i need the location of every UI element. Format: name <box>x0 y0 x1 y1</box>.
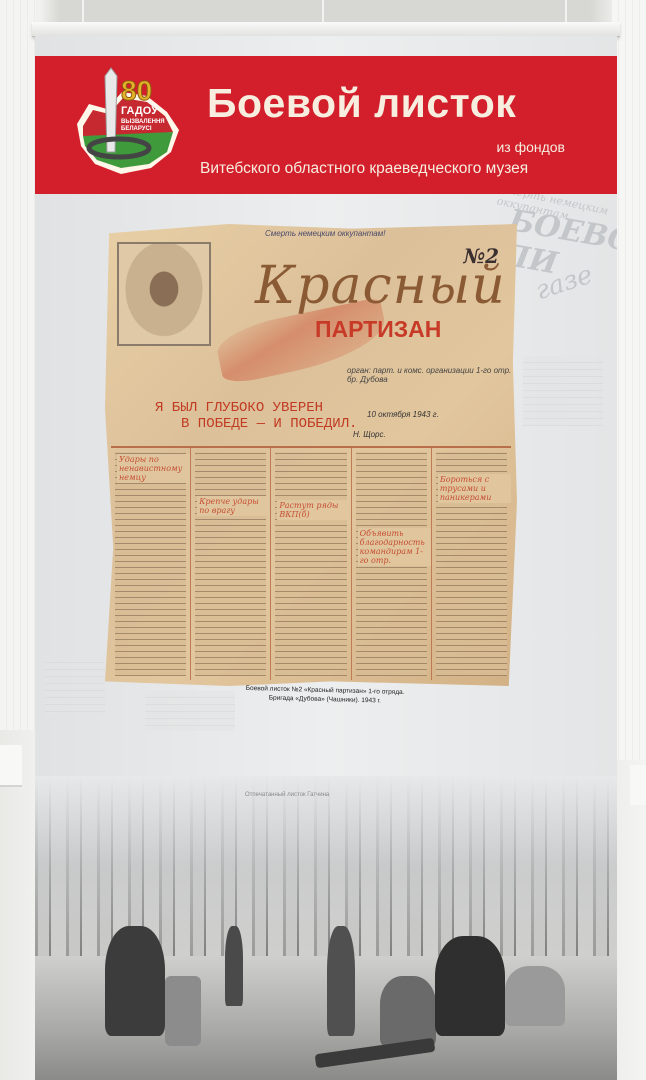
photo-faint-caption: Отпечатанный листок Гатчина <box>245 792 329 798</box>
exhibition-banner: Смерть немецким оккупантам БОЕВОЙ ЛИ газ… <box>35 36 617 1080</box>
leaflet-caption: Боевой листок №2 «Красный партизан» 1-го… <box>205 683 445 707</box>
column-heading: Бороться с трусами и паникерами <box>438 474 511 503</box>
window-sill-left <box>0 745 22 787</box>
leaflet-columns: Удары по ненавистному немцу Крепче удары… <box>111 446 511 680</box>
banner-header: 80 ГАДОЎ ВЫЗВАЛЕННЯ БЕЛАРУСІ Боевой лист… <box>35 56 617 194</box>
window-blind-left <box>0 0 36 730</box>
portrait-drawing <box>117 242 211 346</box>
column-heading: Крепче удары по врагу <box>197 496 270 516</box>
banner-stand-rail <box>32 22 620 37</box>
ghost-text-lines <box>45 656 105 716</box>
leaflet-quote: Я БЫЛ ГЛУБОКО УВЕРЕН В ПОБЕДЕ — И ПОБЕДИ… <box>155 400 357 432</box>
photo-barrel <box>165 976 201 1046</box>
leaflet-date: 10 октября 1943 г. <box>367 410 439 419</box>
column-heading: Объявить благодарность командирам 1-го о… <box>358 528 431 566</box>
archival-forest-photo: Отпечатанный листок Гатчина <box>35 776 617 1080</box>
photo-figure <box>505 966 565 1026</box>
leaflet-column: Объявить благодарность командирам 1-го о… <box>352 448 432 680</box>
anniversary-logo-icon: 80 ГАДОЎ ВЫЗВАЛЕННЯ БЕЛАРУСІ <box>67 64 185 182</box>
quote-line1: Я БЫЛ ГЛУБОКО УВЕРЕН <box>155 400 357 416</box>
blind-cord <box>82 0 84 24</box>
leaflet-column: Растут ряды ВКП(б) <box>271 448 351 680</box>
leaflet-column: Удары по ненавистному немцу <box>111 448 191 680</box>
battle-leaflet-document: Смерть немецким оккупантам! №2 Красный П… <box>105 224 517 686</box>
leaflet-organ: орган: парт. и комс. организации 1-го от… <box>347 366 517 384</box>
leaflet-title-word2: ПАРТИЗАН <box>315 316 441 343</box>
banner-subtitle-line2: Витебского областного краеведческого муз… <box>200 160 528 178</box>
svg-text:ВЫЗВАЛЕННЯ: ВЫЗВАЛЕННЯ <box>121 119 165 125</box>
ghost-text-lines <box>523 356 603 426</box>
leaflet-column: Бороться с трусами и паникерами <box>432 448 511 680</box>
banner-subtitle-line1: из фондов <box>496 139 565 155</box>
svg-text:БЕЛАРУСІ: БЕЛАРУСІ <box>121 126 152 132</box>
quote-author: Н. Щорс. <box>353 430 386 439</box>
photo-figure <box>327 926 355 1036</box>
leaflet-motto: Смерть немецким оккупантам! <box>265 229 385 238</box>
column-heading: Растут ряды ВКП(б) <box>277 500 350 520</box>
window-sill-right <box>630 765 646 805</box>
blind-cord <box>565 0 567 24</box>
banner-title: Боевой листок <box>207 80 516 127</box>
quote-line2: В ПОБЕДЕ — И ПОБЕДИЛ. <box>155 416 357 432</box>
leaflet-column: Крепче удары по врагу <box>191 448 271 680</box>
svg-text:80: 80 <box>121 75 152 106</box>
leaflet-title-word1: Красный <box>255 256 506 316</box>
photo-figure <box>225 926 243 1006</box>
svg-text:ГАДОЎ: ГАДОЎ <box>121 104 158 117</box>
photo-figure <box>105 926 165 1036</box>
photo-figure <box>435 936 505 1036</box>
blind-cord <box>322 0 324 24</box>
photo-figure <box>380 976 436 1046</box>
column-heading: Удары по ненавистному немцу <box>117 454 190 483</box>
window-blind-right <box>612 0 646 760</box>
